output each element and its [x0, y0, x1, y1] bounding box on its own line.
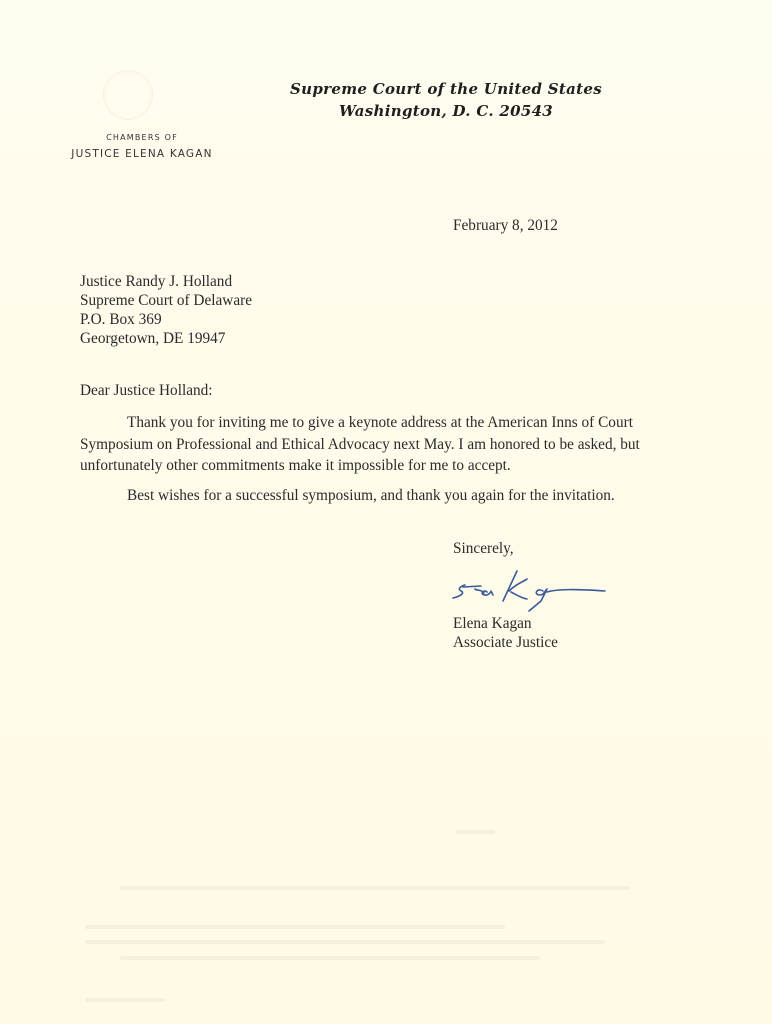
bleed-through-mark: [85, 940, 605, 944]
chambers-label: CHAMBERS OF: [62, 133, 222, 142]
body-line: unfortunately other commitments make it …: [80, 455, 640, 477]
signature-icon: [447, 565, 612, 613]
body-paragraph-2: Best wishes for a successful symposium, …: [127, 485, 615, 507]
body-line: Symposium on Professional and Ethical Ad…: [80, 434, 640, 456]
body-paragraph-1: Thank you for inviting me to give a keyn…: [80, 412, 640, 477]
chambers-justice-name: JUSTICE ELENA KAGAN: [62, 148, 222, 160]
closing: Sincerely,: [453, 538, 514, 560]
recipient-address: Justice Randy J. Holland Supreme Court o…: [80, 272, 252, 348]
recipient-line: P.O. Box 369: [80, 310, 252, 329]
bleed-through-mark: [85, 998, 165, 1002]
letterhead-city: Washington, D. C. 20543: [120, 102, 772, 120]
signer-title: Associate Justice: [453, 633, 558, 652]
bleed-through-mark: [120, 886, 630, 890]
recipient-line: Supreme Court of Delaware: [80, 291, 252, 310]
salutation: Dear Justice Holland:: [80, 380, 213, 402]
bleed-through-mark: [120, 956, 540, 960]
signer-name: Elena Kagan: [453, 614, 532, 633]
bleed-through-mark: [455, 830, 495, 834]
recipient-line: Justice Randy J. Holland: [80, 272, 252, 291]
body-line: Thank you for inviting me to give a keyn…: [80, 412, 640, 434]
letterhead-court: Supreme Court of the United States: [120, 80, 772, 98]
recipient-line: Georgetown, DE 19947: [80, 329, 252, 348]
letter-date: February 8, 2012: [453, 215, 558, 237]
bleed-through-mark: [85, 925, 505, 929]
